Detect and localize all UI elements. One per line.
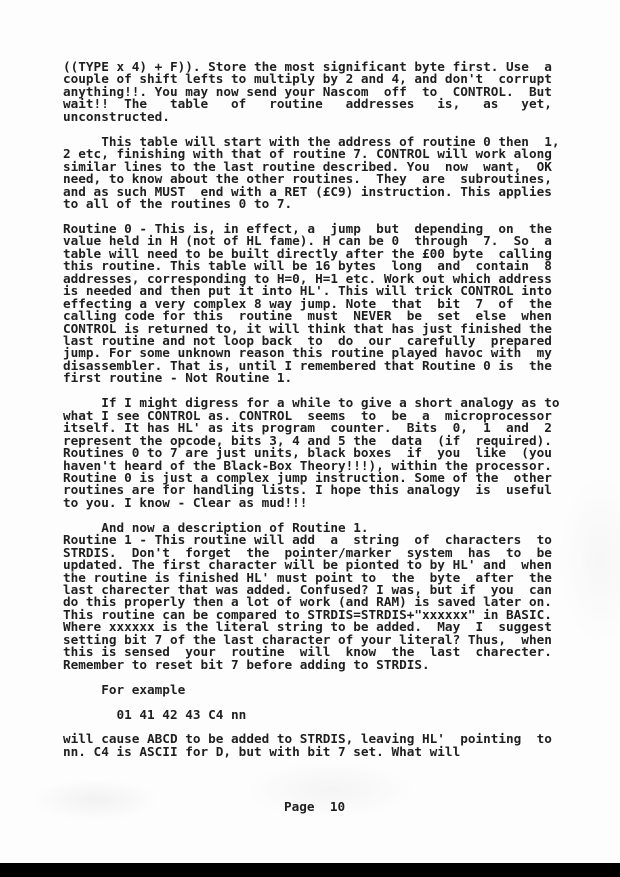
page-text: ((TYPE x 4) + F)). Store the most signif…: [63, 61, 560, 758]
scan-edge-bar: [0, 863, 620, 877]
page-number: Page 10: [284, 801, 345, 813]
